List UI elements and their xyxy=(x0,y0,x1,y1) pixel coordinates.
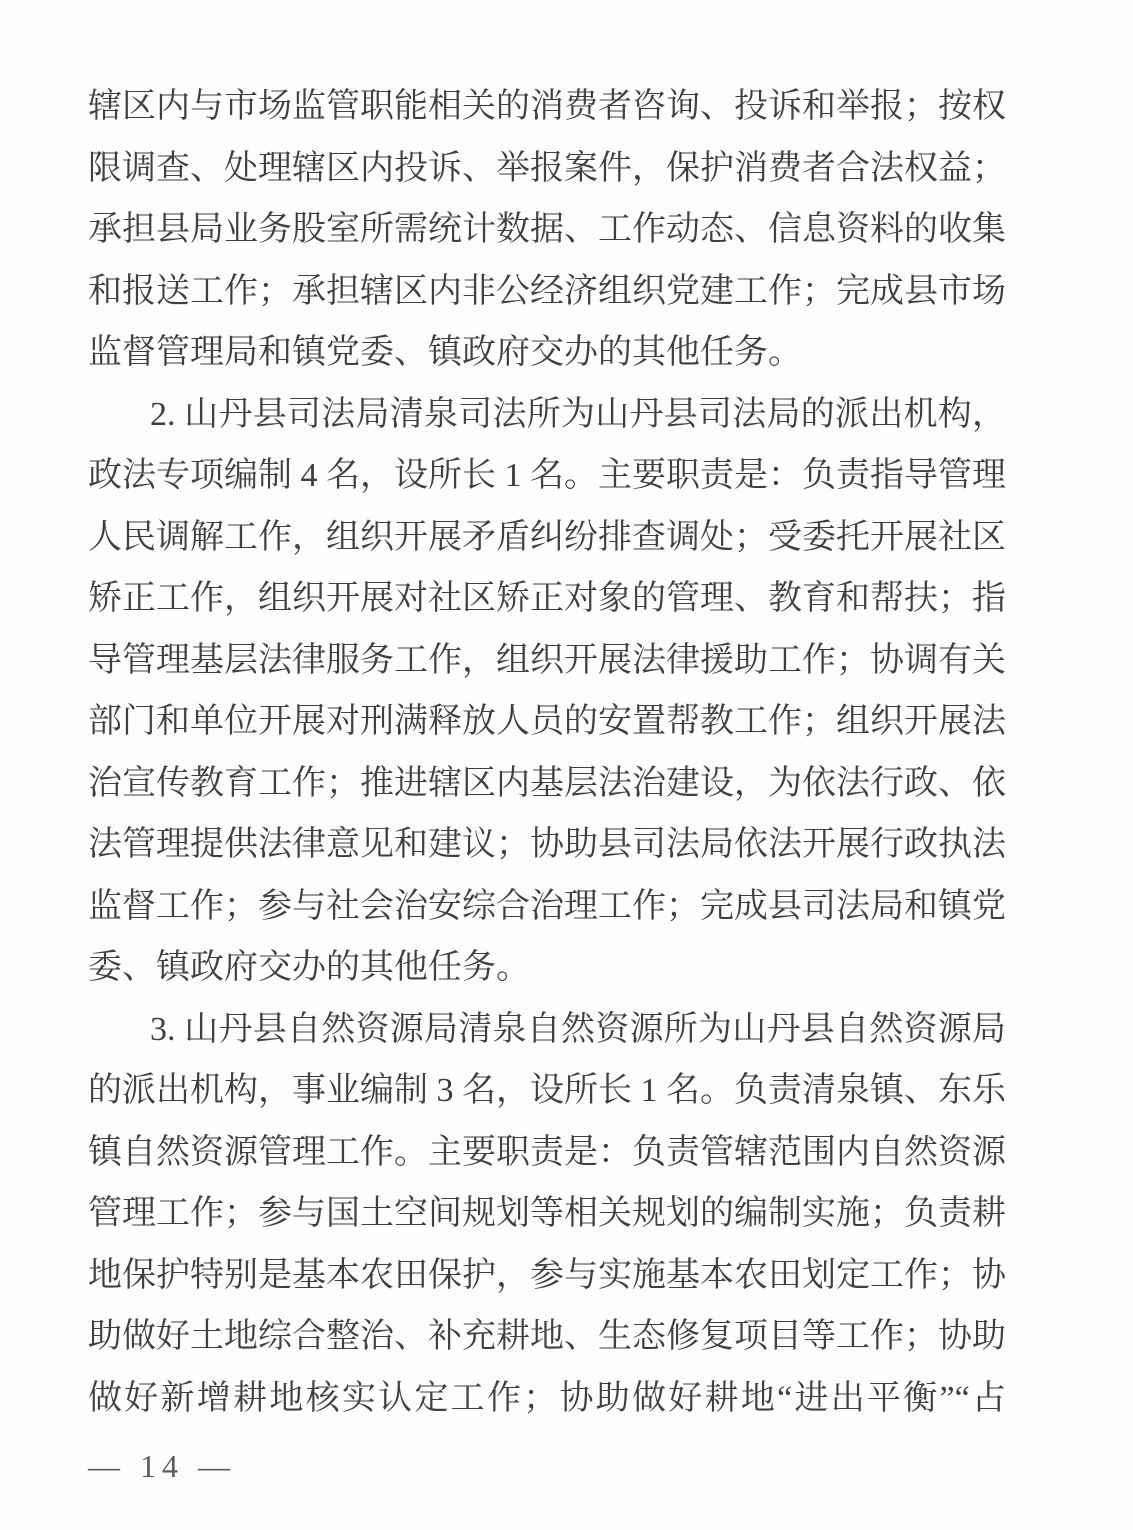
text-line: 和报送工作；承担辖区内非公经济组织党建工作；完成县市场 xyxy=(88,261,1006,323)
text-line: 辖区内与市场监管职能相关的消费者咨询、投诉和举报；按权 xyxy=(88,76,1006,138)
text-line: 3. 山丹县自然资源局清泉自然资源所为山丹县自然资源局 xyxy=(88,999,1006,1061)
text-line: 助做好土地综合整治、补充耕地、生态修复项目等工作；协助 xyxy=(88,1306,1006,1368)
text-line: 地保护特别是基本农田保护，参与实施基本农田划定工作；协 xyxy=(88,1245,1006,1307)
text-line: 导管理基层法律服务工作，组织开展法律援助工作；协调有关 xyxy=(88,630,1006,692)
page-number: — 14 — xyxy=(88,1444,236,1488)
text-line: 矫正工作，组织开展对社区矫正对象的管理、教育和帮扶；指 xyxy=(88,568,1006,630)
text-line: 的派出机构，事业编制 3 名，设所长 1 名。负责清泉镇、东乐 xyxy=(88,1060,1006,1122)
text-line: 2. 山丹县司法局清泉司法所为山丹县司法局的派出机构， xyxy=(88,384,1006,446)
text-line: 镇自然资源管理工作。主要职责是：负责管辖范围内自然资源 xyxy=(88,1122,1006,1184)
text-line: 政法专项编制 4 名，设所长 1 名。主要职责是：负责指导管理 xyxy=(88,445,1006,507)
text-block: 辖区内与市场监管职能相关的消费者咨询、投诉和举报；按权限调查、处理辖区内投诉、举… xyxy=(88,76,1006,1429)
text-line: 做好新增耕地核实认定工作；协助做好耕地“进出平衡”“占 xyxy=(88,1368,1006,1430)
text-line: 部门和单位开展对刑满释放人员的安置帮教工作；组织开展法 xyxy=(88,691,1006,753)
text-line: 法管理提供法律意见和建议；协助县司法局依法开展行政执法 xyxy=(88,814,1006,876)
text-line: 人民调解工作，组织开展矛盾纠纷排查调处；受委托开展社区 xyxy=(88,507,1006,569)
text-line: 管理工作；参与国土空间规划等相关规划的编制实施；负责耕 xyxy=(88,1183,1006,1245)
document-page: 辖区内与市场监管职能相关的消费者咨询、投诉和举报；按权限调查、处理辖区内投诉、举… xyxy=(0,0,1133,1530)
text-line: 监督工作；参与社会治安综合治理工作；完成县司法局和镇党 xyxy=(88,876,1006,938)
text-line: 限调查、处理辖区内投诉、举报案件，保护消费者合法权益； xyxy=(88,138,1006,200)
text-line: 治宣传教育工作；推进辖区内基层法治建设，为依法行政、依 xyxy=(88,753,1006,815)
text-line: 承担县局业务股室所需统计数据、工作动态、信息资料的收集 xyxy=(88,199,1006,261)
text-line: 委、镇政府交办的其他任务。 xyxy=(88,937,1006,999)
text-line: 监督管理局和镇党委、镇政府交办的其他任务。 xyxy=(88,322,1006,384)
